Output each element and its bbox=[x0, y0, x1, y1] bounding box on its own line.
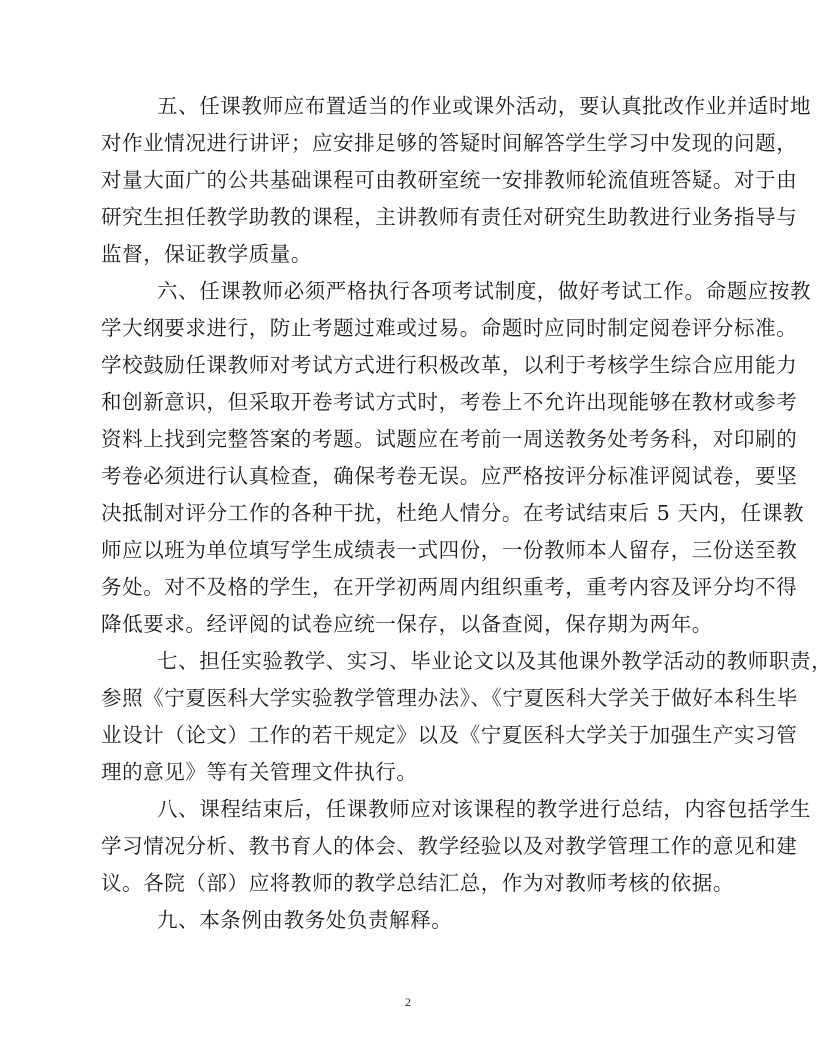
page-number: 2 bbox=[0, 995, 816, 1010]
document-page: 五、任课教师应布置适当的作业或课外活动，要认真批改作业并适时地 对作业情况进行讲… bbox=[0, 0, 816, 1056]
text-line: 学校鼓励任课教师对考试方式进行积极改革，以利于考核学生综合应用能力 bbox=[101, 347, 717, 384]
text-line: 八、课程结束后，任课教师应对该课程的教学进行总结，内容包括学生 bbox=[101, 791, 717, 828]
text-line: 对作业情况进行讲评；应安排足够的答疑时间解答学生学习中发现的问题， bbox=[101, 125, 717, 162]
text-line: 降低要求。经评阅的试卷应统一保存，以备查阅，保存期为两年。 bbox=[101, 606, 717, 643]
text-line: 师应以班为单位填写学生成绩表一式四份，一份教师本人留存，三份送至教 bbox=[101, 532, 717, 569]
text-line: 决抵制对评分工作的各种干扰，杜绝人情分。在考试结束后 5 天内，任课教 bbox=[101, 495, 717, 532]
text-line: 监督，保证教学质量。 bbox=[101, 236, 717, 273]
paragraph-item-6: 六、任课教师必须严格执行各项考试制度，做好考试工作。命题应按教 学大纲要求进行，… bbox=[101, 273, 717, 643]
text-line: 对量大面广的公共基础课程可由教研室统一安排教师轮流值班答疑。对于由 bbox=[101, 162, 717, 199]
text-line: 资料上找到完整答案的考题。试题应在考前一周送教务处考务科，对印刷的 bbox=[101, 421, 717, 458]
text-line: 学习情况分析、教书育人的体会、教学经验以及对教学管理工作的意见和建 bbox=[101, 828, 717, 865]
text-line: 五、任课教师应布置适当的作业或课外活动，要认真批改作业并适时地 bbox=[101, 88, 717, 125]
text-line: 九、本条例由教务处负责解释。 bbox=[101, 902, 717, 939]
document-body: 五、任课教师应布置适当的作业或课外活动，要认真批改作业并适时地 对作业情况进行讲… bbox=[101, 88, 717, 939]
text-line: 七、担任实验教学、实习、毕业论文以及其他课外教学活动的教师职责， bbox=[101, 643, 717, 680]
text-line: 研究生担任教学助教的课程，主讲教师有责任对研究生助教进行业务指导与 bbox=[101, 199, 717, 236]
text-line: 业设计（论文）工作的若干规定》以及《宁夏医科大学关于加强生产实习管 bbox=[101, 717, 717, 754]
paragraph-item-5: 五、任课教师应布置适当的作业或课外活动，要认真批改作业并适时地 对作业情况进行讲… bbox=[101, 88, 717, 273]
text-line: 务处。对不及格的学生，在开学初两周内组织重考，重考内容及评分均不得 bbox=[101, 569, 717, 606]
paragraph-item-7: 七、担任实验教学、实习、毕业论文以及其他课外教学活动的教师职责， 参照《宁夏医科… bbox=[101, 643, 717, 791]
text-line: 和创新意识，但采取开卷考试方式时，考卷上不允许出现能够在教材或参考 bbox=[101, 384, 717, 421]
paragraph-item-9: 九、本条例由教务处负责解释。 bbox=[101, 902, 717, 939]
text-line: 六、任课教师必须严格执行各项考试制度，做好考试工作。命题应按教 bbox=[101, 273, 717, 310]
text-line: 参照《宁夏医科大学实验教学管理办法》、《宁夏医科大学关于做好本科生毕 bbox=[101, 680, 717, 717]
text-line: 理的意见》等有关管理文件执行。 bbox=[101, 754, 717, 791]
paragraph-item-8: 八、课程结束后，任课教师应对该课程的教学进行总结，内容包括学生 学习情况分析、教… bbox=[101, 791, 717, 902]
text-line: 考卷必须进行认真检查，确保考卷无误。应严格按评分标准评阅试卷，要坚 bbox=[101, 458, 717, 495]
text-line: 议。各院（部）应将教师的教学总结汇总，作为对教师考核的依据。 bbox=[101, 865, 717, 902]
text-line: 学大纲要求进行，防止考题过难或过易。命题时应同时制定阅卷评分标准。 bbox=[101, 310, 717, 347]
